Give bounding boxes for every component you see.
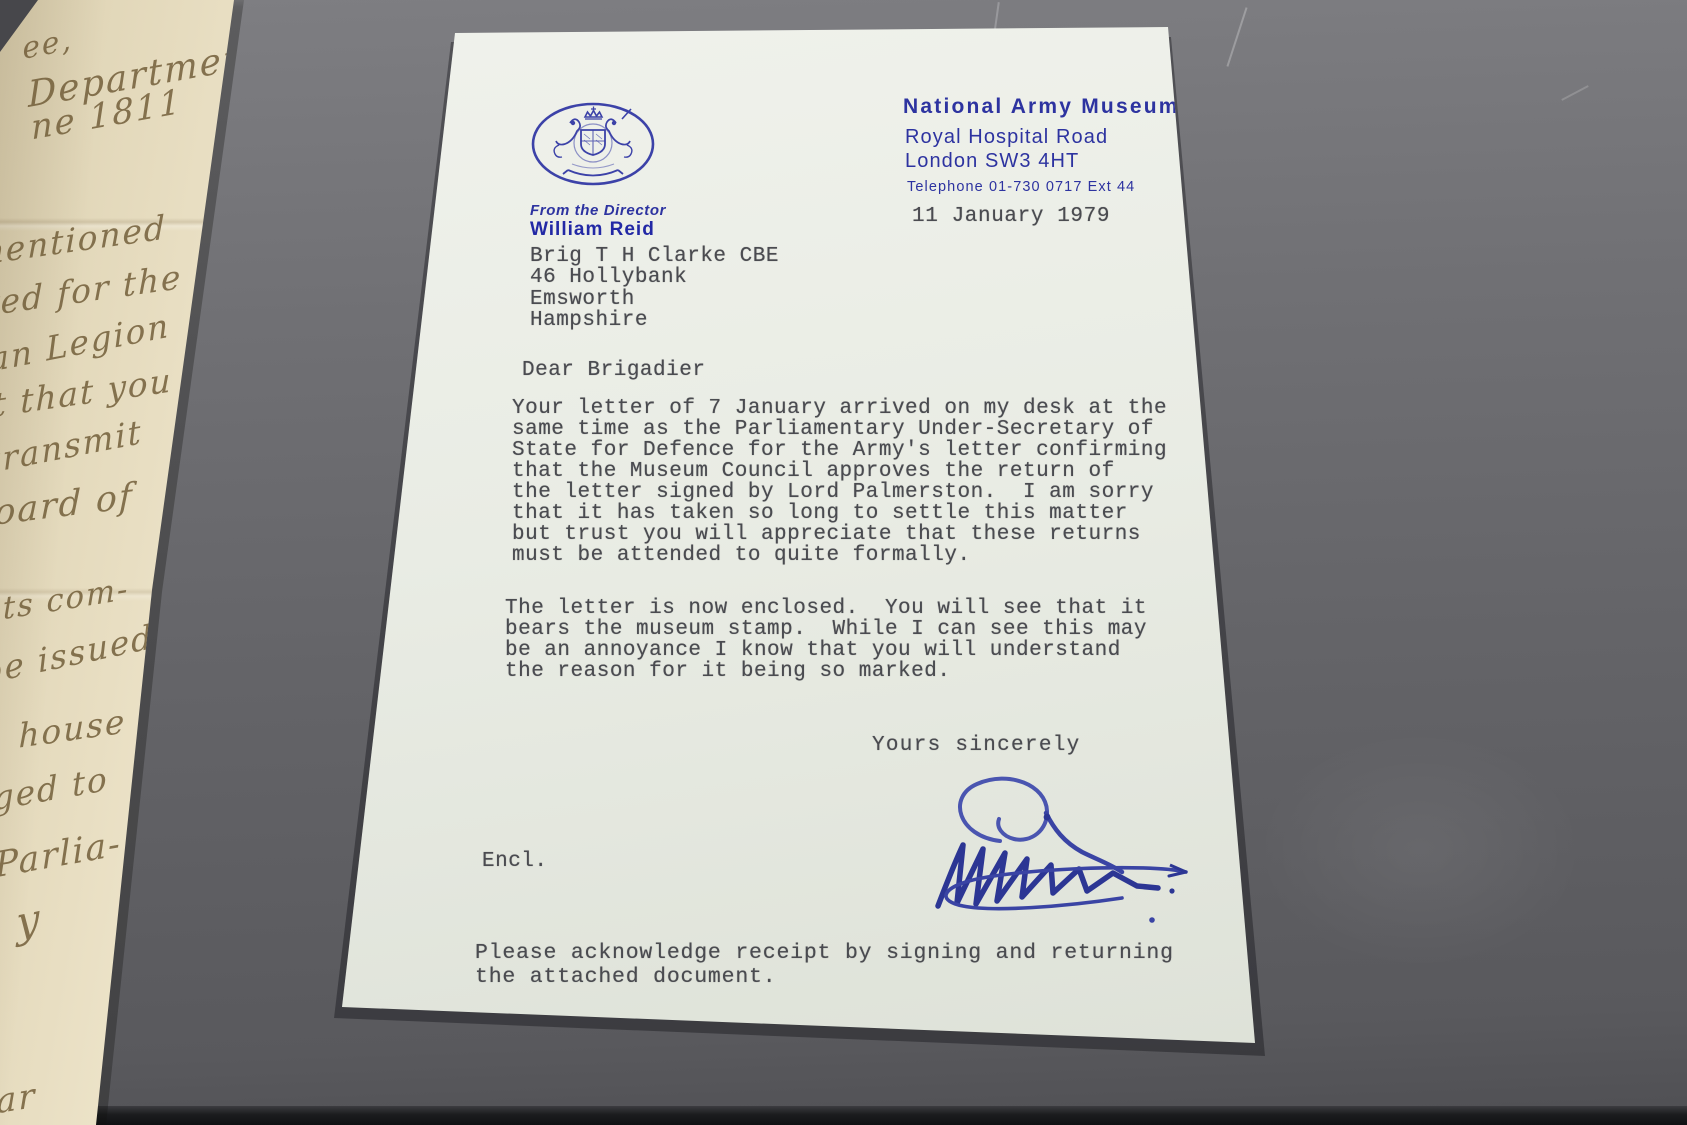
- closing-line: Yours sincerely: [872, 734, 1081, 757]
- letterhead-telephone: Telephone 01-730 0717 Ext 44: [907, 179, 1135, 195]
- letterhead-from-label: From the Director: [530, 202, 666, 219]
- old-handwritten-document: ee, Department. ne 1811 mentioned red fo…: [0, 0, 260, 1125]
- letterhead-address-line1: Royal Hospital Road: [905, 126, 1108, 149]
- letter-date: 11 January 1979: [912, 205, 1110, 228]
- old-document-shading: [0, 0, 260, 1125]
- body-paragraph-2: The letter is now enclosed. You will see…: [505, 598, 1147, 682]
- footer-acknowledgement-note: Please acknowledge receipt by signing an…: [475, 942, 1174, 989]
- photograph-scene: ee, Department. ne 1811 mentioned red fo…: [0, 0, 1687, 1125]
- background-scratch: [1226, 7, 1247, 67]
- handwriting-fragment: ar: [0, 1079, 37, 1120]
- body-paragraph-1: Your letter of 7 January arrived on my d…: [512, 398, 1167, 566]
- handwriting-fragment: y: [16, 897, 43, 945]
- salutation: Dear Brigadier: [522, 359, 705, 382]
- background-scratch: [1561, 85, 1588, 101]
- letterhead-address-line2: London SW3 4HT: [905, 150, 1079, 173]
- table-edge-shadow: [0, 1106, 1687, 1125]
- recipient-address-block: Brig T H Clarke CBE 46 Hollybank Emswort…: [530, 246, 779, 331]
- background-scuff: [1255, 730, 1585, 970]
- letterhead-director-name: William Reid: [530, 219, 655, 241]
- letterhead-org-name: National Army Museum: [903, 95, 1180, 119]
- signature-ink-icon: [900, 755, 1230, 940]
- royal-coat-of-arms-icon: [528, 100, 658, 188]
- enclosure-notation: Encl.: [482, 850, 548, 873]
